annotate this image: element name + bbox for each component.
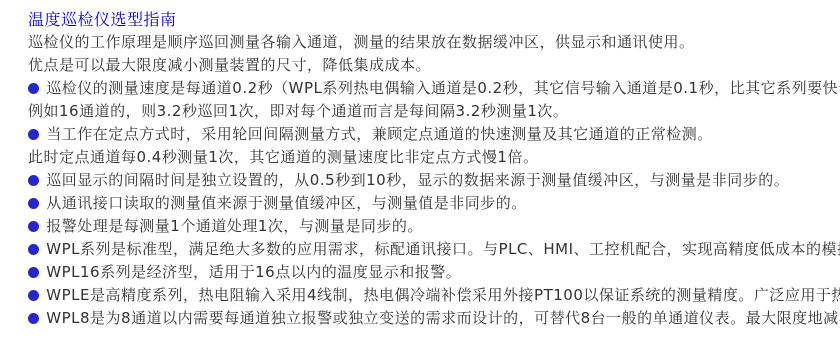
line-text: 报警处理是每测量1个通道处理1次，与测量是同步的。 <box>46 217 423 235</box>
paragraph-line: WPLE是高精度系列，热电阻输入采用4线制，热电偶冷端补偿采用外接PT100以保… <box>28 284 834 307</box>
paragraph-line: 优点是可以最大限度减小测量装置的尺寸，降低集成成本。 <box>28 54 834 77</box>
bullet-icon <box>28 313 39 324</box>
paragraph-line: WPL8是为8通道以内需要每通道独立报警或独立变送的需求而设计的，可替代8台一般… <box>28 307 834 330</box>
bullet-icon <box>28 175 39 186</box>
document-body: 温度巡检仪选型指南 巡检仪的工作原理是顺序巡回测量各输入通道，测量的结果放在数据… <box>0 0 840 330</box>
bullet-icon <box>28 221 39 232</box>
paragraph-line: 从通讯接口读取的测量值来源于测量值缓冲区，与测量值是非同步的。 <box>28 192 834 215</box>
paragraph-line: 此时定点通道每0.4秒测量1次，其它通道的测量速度比非定点方式慢1倍。 <box>28 146 834 169</box>
line-text: WPL16系列是经济型，适用于16点以内的温度显示和报警。 <box>46 263 461 281</box>
paragraph-line: 报警处理是每测量1个通道处理1次，与测量是同步的。 <box>28 215 834 238</box>
line-text: 例如16通道的，则3.2秒巡回1次，即对每个通道而言是每间隔3.2秒测量1次。 <box>28 102 568 120</box>
bullet-icon <box>28 83 39 94</box>
line-text: WPL系列是标准型，满足绝大多数的应用需求，标配通讯接口。与PLC、HMI、工控… <box>46 240 840 258</box>
line-text: 从通讯接口读取的测量值来源于测量值缓冲区，与测量值是非同步的。 <box>46 194 527 212</box>
page-title-link[interactable]: 温度巡检仪选型指南 <box>28 8 177 31</box>
line-text: 此时定点通道每0.4秒测量1次，其它通道的测量速度比非定点方式慢1倍。 <box>28 148 538 166</box>
paragraph-line: 当工作在定点方式时，采用轮回间隔测量方式，兼顾定点通道的快速测量及其它通道的正常… <box>28 123 834 146</box>
line-text: WPLE是高精度系列，热电阻输入采用4线制，热电偶冷端补偿采用外接PT100以保… <box>46 286 840 304</box>
bullet-icon <box>28 290 39 301</box>
bullet-icon <box>28 244 39 255</box>
paragraph-line: 巡回显示的间隔时间是独立设置的，从0.5秒到10秒，显示的数据来源于测量值缓冲区… <box>28 169 834 192</box>
bullet-icon <box>28 267 39 278</box>
line-text: 优点是可以最大限度减小测量装置的尺寸，降低集成成本。 <box>28 56 431 74</box>
paragraph-line: WPL16系列是经济型，适用于16点以内的温度显示和报警。 <box>28 261 834 284</box>
paragraph-line: 巡检仪的测量速度是每通道0.2秒（WPL系列热电偶输入通道是0.2秒，其它信号输… <box>28 77 834 100</box>
title-row: 温度巡检仪选型指南 <box>28 8 834 31</box>
line-text: WPL8是为8通道以内需要每通道独立报警或独立变送的需求而设计的，可替代8台一般… <box>46 309 840 327</box>
line-text: 当工作在定点方式时，采用轮回间隔测量方式，兼顾定点通道的快速测量及其它通道的正常… <box>46 125 713 143</box>
line-text: 巡检仪的测量速度是每通道0.2秒（WPL系列热电偶输入通道是0.2秒，其它信号输… <box>46 79 840 97</box>
bullet-icon <box>28 129 39 140</box>
paragraph-line: WPL系列是标准型，满足绝大多数的应用需求，标配通讯接口。与PLC、HMI、工控… <box>28 238 834 261</box>
line-text: 巡回显示的间隔时间是独立设置的，从0.5秒到10秒，显示的数据来源于测量值缓冲区… <box>46 171 789 189</box>
paragraph-line: 巡检仪的工作原理是顺序巡回测量各输入通道，测量的结果放在数据缓冲区，供显示和通讯… <box>28 31 834 54</box>
paragraph-line: 例如16通道的，则3.2秒巡回1次，即对每个通道而言是每间隔3.2秒测量1次。 <box>28 100 834 123</box>
line-text: 巡检仪的工作原理是顺序巡回测量各输入通道，测量的结果放在数据缓冲区，供显示和通讯… <box>28 33 695 51</box>
bullet-icon <box>28 198 39 209</box>
